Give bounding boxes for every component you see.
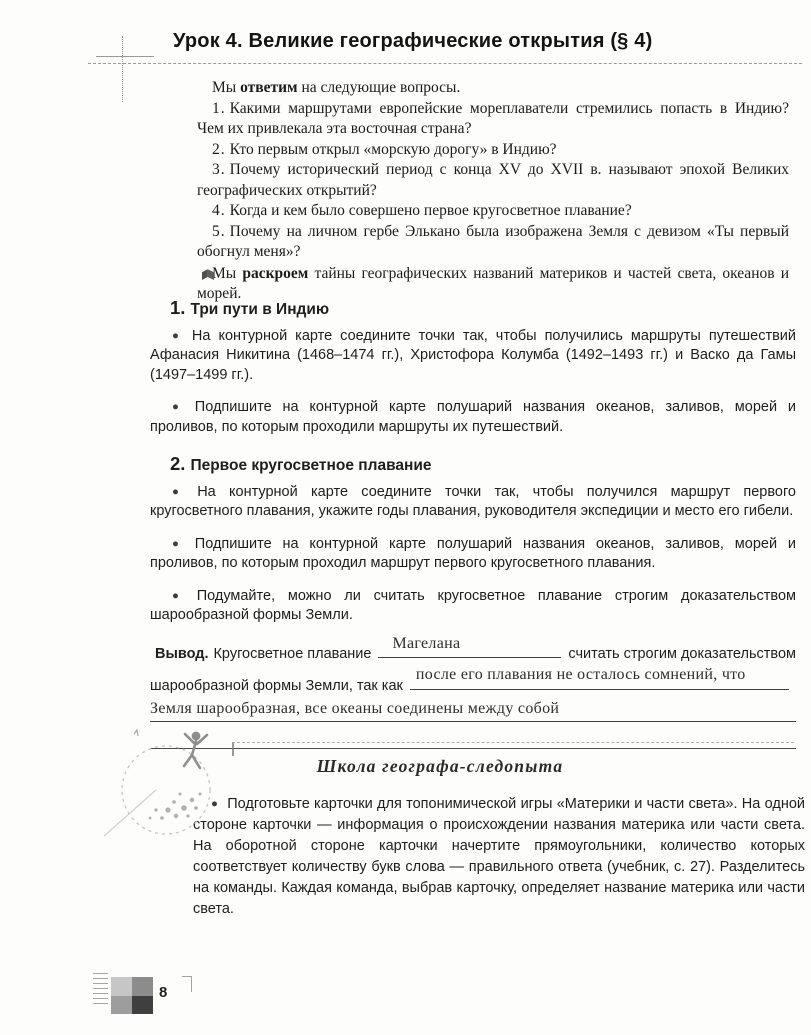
conclusion-line-1: Вывод. Кругосветное плавание Магелана сч… xyxy=(150,639,796,665)
question-text: Кто первым открыл «морскую дорогу» в Инд… xyxy=(230,141,557,158)
handwritten-answer-1: Магелана xyxy=(392,634,460,654)
task-item: ●Подумайте, можно ли считать кругосветно… xyxy=(150,587,796,626)
question-text: Почему исторический период с конца XV до… xyxy=(197,161,789,199)
task-text: На контурной карте соедините точки так, … xyxy=(150,328,796,383)
fill-in-line-3: Земля шарообразная, все океаны соединены… xyxy=(150,699,796,722)
question-text: Когда и кем было совершено первое кругос… xyxy=(230,202,632,219)
title-underline xyxy=(88,63,802,64)
corner-print-mark xyxy=(182,976,192,992)
section-number: 1. xyxy=(170,297,185,318)
section-heading-1: 1.Три пути в Индию xyxy=(170,297,796,320)
bullet-icon: ● xyxy=(172,486,188,498)
section-title: Первое кругосветное плавание xyxy=(190,457,431,474)
globe-with-figure-icon xyxy=(104,724,242,847)
question-item: 3.Почему исторический период с конца XV … xyxy=(197,160,789,201)
question-text: Почему на личном гербе Элькано была изоб… xyxy=(197,223,789,261)
bullet-icon: ● xyxy=(172,538,186,550)
print-calibration-comb xyxy=(93,973,108,1008)
question-item: 4.Когда и кем было совершено первое круг… xyxy=(197,201,789,222)
registration-mark-vertical xyxy=(122,36,123,102)
intro-lead-suffix: на следующие вопросы. xyxy=(298,79,461,96)
question-text: Какими маршрутами европейские мореплават… xyxy=(197,100,789,138)
fill-in-blank-1: Магелана xyxy=(378,639,561,658)
calibration-swatch xyxy=(111,977,132,996)
question-number: 4. xyxy=(212,202,226,219)
task-text: Подпишите на контурной карте полушарий н… xyxy=(150,399,796,435)
conclusion-text-line2: шарообразной формы Земли, так как xyxy=(150,677,403,697)
bookmark-icon xyxy=(186,267,215,288)
calibration-swatch xyxy=(111,996,132,1015)
tasks-section: 1.Три пути в Индию ●На контурной карте с… xyxy=(150,297,796,749)
workbook-page: Урок 4. Великие географические открытия … xyxy=(0,0,811,1035)
print-calibration-block xyxy=(111,977,153,1014)
registration-mark-horizontal xyxy=(96,56,154,57)
question-item: 2.Кто первым открыл «морскую дорогу» в И… xyxy=(197,140,789,161)
task-item: ●Подпишите на контурной карте полушарий … xyxy=(150,535,796,574)
bullet-icon: ● xyxy=(172,590,188,602)
question-item: 1.Какими маршрутами европейские мореплав… xyxy=(197,99,789,140)
page-title: Урок 4. Великие географические открытия … xyxy=(173,30,652,53)
handwritten-answer-2: после его плавания не осталось сомнений,… xyxy=(416,665,746,685)
school-task-text: Подготовьте карточки для топонимической … xyxy=(193,796,805,917)
task-item: ●Подпишите на контурной карте полушарий … xyxy=(150,398,796,437)
question-number: 1. xyxy=(212,100,226,117)
page-number: 8 xyxy=(159,984,167,1001)
task-text: Подпишите на контурной карте полушарий н… xyxy=(150,536,796,572)
question-number: 5. xyxy=(212,223,226,240)
task-item: ●На контурной карте соедините точки так,… xyxy=(150,483,796,522)
calibration-swatch xyxy=(132,977,153,996)
school-section: Школа географа-следопыта ●Подготовьте ка… xyxy=(150,726,806,920)
question-number: 3. xyxy=(212,161,226,178)
reveal-bold: раскроем xyxy=(242,265,308,282)
conclusion-label: Вывод. xyxy=(155,645,208,665)
question-item: 5.Почему на личном гербе Элькано была из… xyxy=(197,222,789,263)
bullet-icon: ● xyxy=(172,330,183,342)
section-heading-2: 2.Первое кругосветное плавание xyxy=(170,453,796,476)
task-text: Подумайте, можно ли считать кругосветное… xyxy=(150,588,796,624)
section-title: Три пути в Индию xyxy=(190,301,329,318)
school-frame-border xyxy=(232,742,794,756)
conclusion-text-before: Кругосветное плавание xyxy=(213,645,371,665)
section-number: 2. xyxy=(170,453,185,474)
intro-lead: Мы ответим на следующие вопросы. xyxy=(197,78,789,99)
fill-in-blank-2: после его плавания не осталось сомнений,… xyxy=(410,671,789,690)
task-item: ●На контурной карте соедините точки так,… xyxy=(150,327,796,386)
conclusion-text-after: считать строгим доказательством xyxy=(568,645,796,665)
school-task: ●Подготовьте карточки для топонимической… xyxy=(193,794,805,920)
conclusion-line-2: шарообразной формы Земли, так как после … xyxy=(150,671,796,697)
question-number: 2. xyxy=(212,141,226,158)
intro-lead-bold: ответим xyxy=(240,79,298,96)
handwritten-answer-3: Земля шарообразная, все океаны соединены… xyxy=(150,699,559,720)
reveal-prefix: Мы xyxy=(212,265,242,282)
intro-section: Мы ответим на следующие вопросы. 1.Каким… xyxy=(197,78,789,305)
intro-lead-prefix: Мы xyxy=(212,79,240,96)
calibration-swatch xyxy=(132,996,153,1015)
task-text: На контурной карте соедините точки так, … xyxy=(150,484,796,520)
bullet-icon: ● xyxy=(172,401,186,413)
